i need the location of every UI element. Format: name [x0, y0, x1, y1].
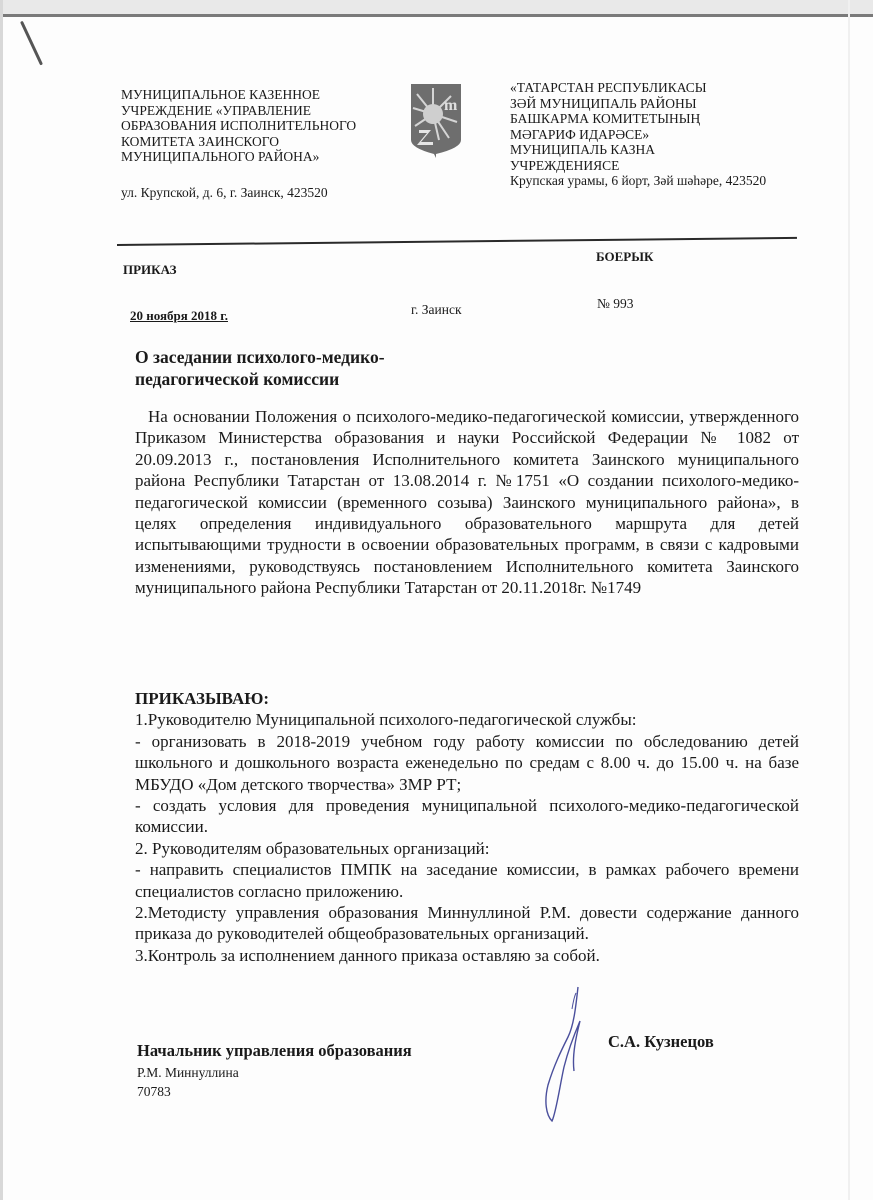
handwritten-signature-icon	[540, 985, 620, 1125]
org-line: МӘГАРИФ ИДАРӘСЕ»	[510, 127, 810, 143]
order-item: 2. Руководителям образовательных организ…	[135, 838, 799, 859]
executor-phone: 70783	[137, 1082, 239, 1101]
scan-right-edge	[848, 0, 850, 1200]
doc-type-ru: ПРИКАЗ	[123, 262, 177, 278]
orders-section: ПРИКАЗЫВАЮ: 1.Руководителю Муниципальной…	[135, 688, 799, 966]
executor-block: Р.М. Миннуллина 70783	[137, 1063, 239, 1101]
svg-text:m: m	[444, 97, 458, 114]
order-item: - создать условия для проведения муницип…	[135, 795, 799, 838]
org-line: УЧРЕЖДЕНИЯСЕ	[510, 158, 810, 174]
scan-top-edge	[0, 0, 873, 17]
orders-heading: ПРИКАЗЫВАЮ:	[135, 688, 799, 709]
preamble-paragraph: На основании Положения о психолого-медик…	[135, 406, 799, 599]
scan-left-edge	[0, 0, 3, 1200]
title-line: О заседании психолого-медико-	[135, 346, 385, 368]
org-line: МУНИЦИПАЛЬНОГО РАЙОНА»	[121, 149, 401, 165]
org-address-ru: ул. Крупской, д. 6, г. Заинск, 423520	[121, 185, 401, 201]
order-item: 2.Методисту управления образования Минну…	[135, 902, 799, 945]
order-item: 3.Контроль за исполнением данного приказ…	[135, 945, 799, 966]
letterhead-left: МУНИЦИПАЛЬНОЕ КАЗЕННОЕ УЧРЕЖДЕНИЕ «УПРАВ…	[121, 87, 401, 200]
org-line: «ТАТАРСТАН РЕСПУБЛИКАСЫ	[510, 80, 810, 96]
org-line: МУНИЦИПАЛЬ КАЗНА	[510, 142, 810, 158]
org-line: ЗӘЙ МУНИЦИПАЛЬ РАЙОНЫ	[510, 96, 810, 112]
org-line: УЧРЕЖДЕНИЕ «УПРАВЛЕНИЕ	[121, 103, 401, 119]
signatory-position: Начальник управления образования	[137, 1041, 412, 1061]
letterhead-right: «ТАТАРСТАН РЕСПУБЛИКАСЫ ЗӘЙ МУНИЦИПАЛЬ Р…	[510, 80, 810, 189]
org-address-tt: Крупская урамы, 6 йорт, Зәй шәһәре, 4235…	[510, 173, 810, 189]
doc-place: г. Заинск	[411, 302, 462, 318]
org-line: КОМИТЕТА ЗАИНСКОГО	[121, 134, 401, 150]
staple-mark	[20, 21, 43, 66]
letterhead-divider	[117, 237, 797, 246]
order-item: - направить специалистов ПМПК на заседан…	[135, 859, 799, 902]
coat-of-arms-icon: m	[409, 82, 463, 160]
doc-title: О заседании психолого-медико- педагогиче…	[135, 346, 385, 390]
doc-date: 20 ноября 2018 г.	[130, 308, 228, 324]
org-name-ru: МУНИЦИПАЛЬНОЕ КАЗЕННОЕ УЧРЕЖДЕНИЕ «УПРАВ…	[121, 87, 401, 165]
org-line: БАШКАРМА КОМИТЕТЫНЫҢ	[510, 111, 810, 127]
doc-type-tt: БОЕРЫК	[596, 249, 653, 265]
org-name-tt: «ТАТАРСТАН РЕСПУБЛИКАСЫ ЗӘЙ МУНИЦИПАЛЬ Р…	[510, 80, 810, 173]
order-item: - организовать в 2018-2019 учебном году …	[135, 731, 799, 795]
org-line: ОБРАЗОВАНИЯ ИСПОЛНИТЕЛЬНОГО	[121, 118, 401, 134]
doc-number: № 993	[597, 296, 634, 312]
org-line: МУНИЦИПАЛЬНОЕ КАЗЕННОЕ	[121, 87, 401, 103]
executor-name: Р.М. Миннуллина	[137, 1063, 239, 1082]
title-line: педагогической комиссии	[135, 368, 385, 390]
signatory-name: С.А. Кузнецов	[608, 1032, 714, 1052]
order-item: 1.Руководителю Муниципальной психолого-п…	[135, 709, 799, 730]
